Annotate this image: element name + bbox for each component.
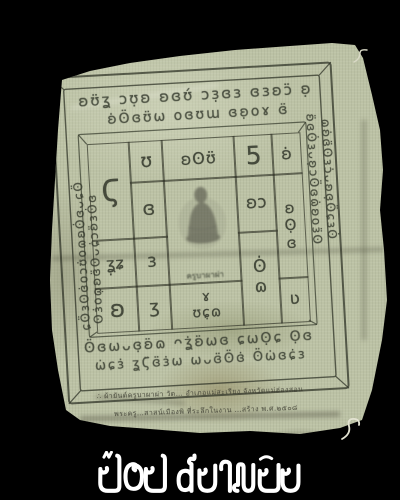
grid-cell: ʋ (278, 276, 311, 324)
grid-cell: ʓ̣ʑ (92, 238, 138, 290)
monk-name-label: ครูบาผาผ่า (186, 270, 224, 281)
khom-script-column-right: ɷʚ̇ɞ̈ʘɜɔ̇ᴗʚɞ̣ʘ̈ɕɜʘ̇ (319, 118, 340, 240)
grid-3d-rim (87, 132, 309, 332)
loose-thread (352, 48, 370, 64)
wrinkle-shadow (95, 395, 185, 405)
photo-of-yant-cloth: ʚʊ̈ʓ ɔʊ̣ʚ ʚɞʊ́ ɔɜ̣ɞɜ ɞɜʚɔ̈ ʚ̣ ʚ̇ʘ̈ɞʊ̈ω ᴏ… (0, 0, 400, 500)
grid-cell: ʚʘʊ̈ (161, 136, 237, 182)
fold-crease (52, 248, 384, 261)
caption-thai-text (96, 451, 304, 498)
loose-thread (340, 415, 362, 441)
inked-yantra-area: ʚʊ̈ʓ ɔʊ̣ʚ ʚɞʊ́ ɔɜ̣ɞɜ ɞɜʚɔ̈ ʚ̣ ʚ̇ʘ̈ɞʊ̈ω ᴏ… (42, 50, 357, 422)
grid-cell: ʚ ʘ̣ ɞ (273, 172, 309, 280)
grid-cell: ʚ (95, 286, 141, 334)
grid-cell: ʒ (136, 284, 174, 332)
khom-script-column-left: ʘɜ̇ᴏɷ̣ʚɞ̈ʘᴗɕ̇ɔʚ̈ɜʘ̇ɞ (84, 193, 105, 324)
printed-temple-line: ∴ ผ้ายันต์ครูบาผาผ่า วัด… อำเภอแม่สะเรีย… (62, 383, 338, 404)
grid-cell: Ϛ (87, 142, 135, 242)
grid-cell: ʊ (128, 140, 165, 184)
grid-cell: ɞ (130, 180, 168, 240)
khom-script-line: ʘ̈ɞωᴗɞ̣ʚ̈ɷ ᴖʓ̇ʚ̈ωɞ ɕωʘ̣ɕ ʘ̣ɞ (84, 328, 315, 357)
grid-cell: ɜ (133, 236, 171, 288)
seated-monk-icon (170, 181, 234, 262)
khom-script-column-right: ʚ̈ɞʘ̇ɜᴗʚ̣ɔʘ̈ɞɷ̇ʚᴏɜ̈ʘ (303, 113, 324, 246)
khom-script-line: ʚ̇ʘ̈ɞʊ̈ω ᴏɞʊɯ ɞʚ̣ᴏɤ ɞ̈ (107, 102, 290, 128)
khom-script-column-left: ɕʘ̈ɜʘɞ̇ᴏɔʊ̇ᴏɷʚʘ̇ɞᴗɕʘ̈ (71, 180, 93, 331)
yantra-grid: Ϛ ʊ ʚʘʊ̈ 5 ʚ̇ ɞ ʚɔ ʚ ʘ̣ ɞ ʓ̣ʑ ɜ ʚ ʒ ʘ̇ ɷ… (87, 132, 309, 332)
frame-border (42, 50, 357, 422)
grid-cell: ʚ̇ (270, 132, 302, 176)
khom-script-line: ω̇ɕɜ̇ ʓϚ̈ɞ̈ɜ̇ω ωᴗɞ̈ʘ̈ɞ̇ ʘ̈ω̇ɞɕ̇ɜ (95, 347, 307, 374)
fold-highlight (71, 83, 220, 109)
center-cell-monk: ครูบาผาผ่า (163, 176, 243, 286)
wrinkle-shadow (80, 412, 340, 422)
grid-cell: 5 (232, 134, 274, 178)
wrinkle-shadow (362, 120, 366, 340)
shop-caption (0, 449, 400, 499)
grid-cell: ʚɔ (235, 174, 278, 234)
printed-occasion-line: พระครู…สาสน์เมืองพิ ที่ระลึกในงาน …สร้าง… (68, 401, 344, 422)
grid-cell: ʘ̇ ɷ (238, 230, 283, 326)
khom-script-line: ʚʊ̈ʓ ɔʊ̣ʚ ʚɞʊ́ ɔɜ̣ɞɜ ɞɜʚɔ̈ ʚ̣ (78, 79, 313, 110)
grid-cell: ɤ ʊɕ̣ɷ (169, 280, 245, 330)
